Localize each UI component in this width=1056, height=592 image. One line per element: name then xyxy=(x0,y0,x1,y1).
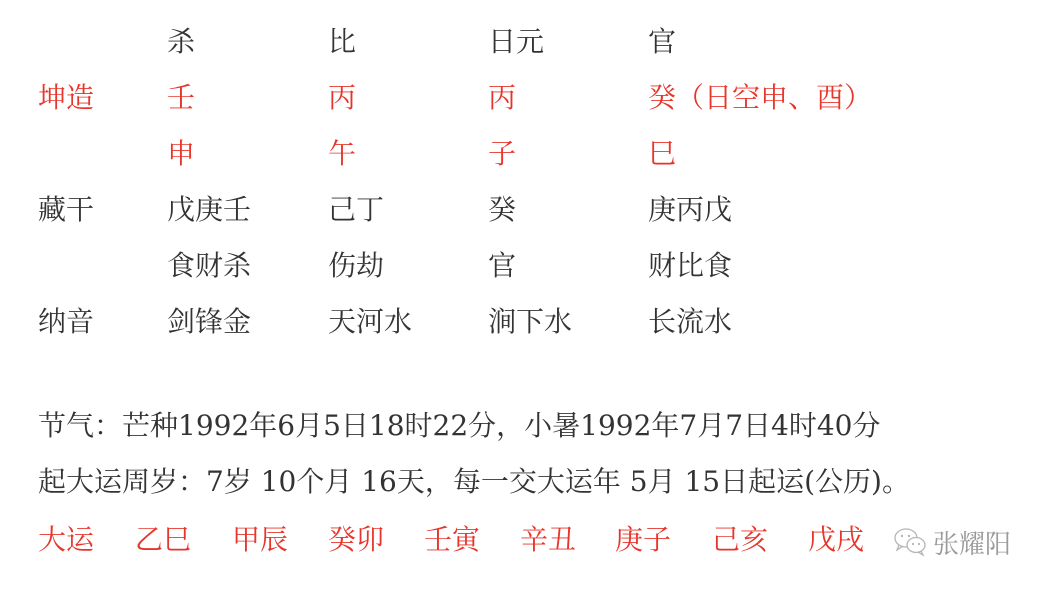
day-nayin: 涧下水 xyxy=(488,302,572,342)
watermark-author: 张耀阳 xyxy=(933,524,1011,561)
dayun-pillar: 己亥 xyxy=(712,518,768,562)
day-stem: 丙 xyxy=(488,78,516,118)
year-hidden-ten-gods: 食财杀 xyxy=(167,246,251,286)
ten-god-header-row: 杀 比 日元 官 xyxy=(0,22,1056,62)
dayun-pillar: 甲辰 xyxy=(232,518,288,562)
year-hidden-stems: 戊庚壬 xyxy=(167,190,251,230)
year-stem: 壬 xyxy=(167,78,195,118)
month-stem: 丙 xyxy=(328,78,356,118)
hidden-stems-label: 藏干 xyxy=(38,190,94,230)
month-branch: 午 xyxy=(328,134,356,174)
dayun-pillar: 壬寅 xyxy=(424,518,480,562)
hour-nayin: 长流水 xyxy=(648,302,732,342)
hour-stem: 癸（日空申、酉） xyxy=(648,78,872,118)
solar-terms-line: 节气：芒种1992年6月5日18时22分，小暑1992年7月7日4时40分 xyxy=(38,406,880,446)
month-nayin: 天河水 xyxy=(328,302,412,342)
day-branch: 子 xyxy=(488,134,516,174)
hour-hidden-stems: 庚丙戊 xyxy=(648,190,732,230)
hour-ten-god: 官 xyxy=(648,22,676,62)
hour-hidden-ten-gods: 财比食 xyxy=(648,246,732,286)
dayun-pillar: 庚子 xyxy=(615,518,671,562)
nayin-row: 纳音 剑锋金 天河水 涧下水 长流水 xyxy=(0,302,1056,342)
dayun-pillar: 癸卯 xyxy=(328,518,384,562)
dayun-pillar: 戊戌 xyxy=(808,518,864,562)
month-ten-god: 比 xyxy=(328,22,356,62)
hidden-stems-row: 藏干 戊庚壬 己丁 癸 庚丙戊 xyxy=(0,190,1056,230)
nayin-label: 纳音 xyxy=(38,302,94,342)
hour-branch: 巳 xyxy=(648,134,676,174)
chart-type-label: 坤造 xyxy=(38,78,94,118)
wechat-icon xyxy=(893,527,927,557)
luck-start-line: 起大运周岁：7岁 10个月 16天，每一交大运年 5月 15日起运(公历)。 xyxy=(38,462,910,502)
year-branch: 申 xyxy=(167,134,195,174)
month-hidden-stems: 己丁 xyxy=(328,190,384,230)
day-hidden-stems: 癸 xyxy=(488,190,516,230)
earthly-branches-row: 申 午 子 巳 xyxy=(0,134,1056,174)
dayun-pillar: 辛丑 xyxy=(520,518,576,562)
watermark: 张耀阳 xyxy=(893,524,1011,560)
day-master-label: 日元 xyxy=(488,22,544,62)
year-nayin: 剑锋金 xyxy=(167,302,251,342)
heavenly-stems-row: 坤造 壬 丙 丙 癸（日空申、酉） xyxy=(0,78,1056,118)
year-ten-god: 杀 xyxy=(167,22,195,62)
dayun-label: 大运 xyxy=(38,518,94,562)
day-hidden-ten-gods: 官 xyxy=(488,246,516,286)
hidden-ten-gods-row: 食财杀 伤劫 官 财比食 xyxy=(0,246,1056,286)
month-hidden-ten-gods: 伤劫 xyxy=(328,246,384,286)
dayun-pillar: 乙巳 xyxy=(135,518,191,562)
